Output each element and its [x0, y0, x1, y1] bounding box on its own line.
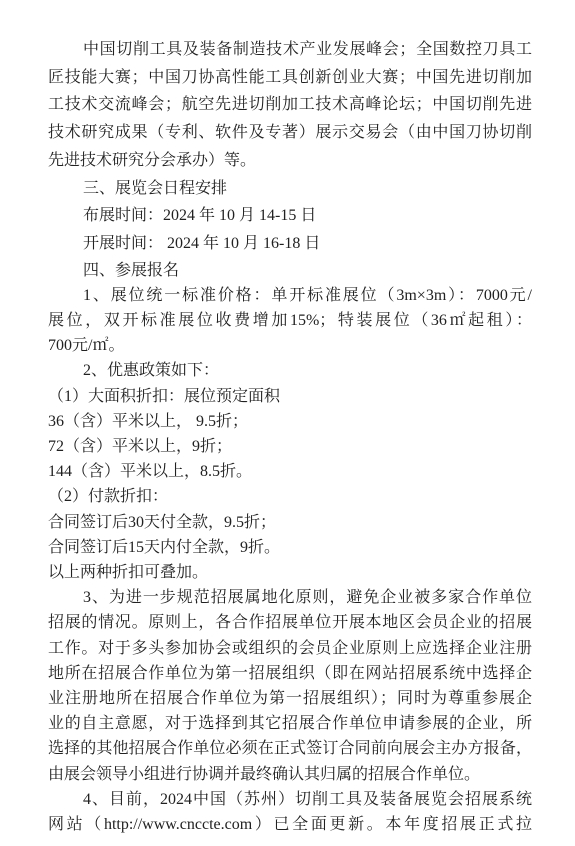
document-page: 中国切削工具及装备制造技术产业发展峰会；全国数控刀具工匠技能大赛；中国刀协高性能… [0, 0, 575, 846]
text-line: 以上两种折扣可叠加。 [48, 560, 532, 585]
text-line: 招展的情况。原则上，各合作招展单位开展本地区会员企业的招展 [48, 610, 532, 635]
text-line: 地所在招展合作单位为第一招展组织（即在网站招展系统中选择企 [48, 661, 532, 686]
text-line: 144（含）平米以上，8.5折。 [48, 459, 532, 484]
text-line: 开展时间： 2024 年 10 月 16-18 日 [48, 230, 532, 258]
text-line: 先进技术研究分会承办）等。 [48, 147, 532, 175]
text-line: 网站（http://www.cnccte.com）已全面更新。本年度招展正式拉 [48, 812, 532, 837]
text-line: 合同签订后30天付全款，9.5折； [48, 510, 532, 535]
text-line: 业注册地所在招展合作单位为第一招展组织）；同时为尊重参展企 [48, 686, 532, 711]
text-line: 1、展位统一标准价格：单开标准展位（3m×3m）：7000元/ [48, 283, 532, 308]
text-line: 展位，双开标准展位收费增加15%；特装展位（36㎡起租）： [48, 308, 532, 333]
text-line: 700元/㎡。 [48, 333, 532, 358]
text-line: 技术研究成果（专利、软件及专著）展示交易会（由中国刀协切削 [48, 119, 532, 147]
text-line: 72（含）平米以上，9折； [48, 434, 532, 459]
document-body: 中国切削工具及装备制造技术产业发展峰会；全国数控刀具工匠技能大赛；中国刀协高性能… [48, 36, 532, 837]
text-line: 匠技能大赛；中国刀协高性能工具创新创业大赛；中国先进切削加 [48, 64, 532, 92]
text-line: 3、为进一步规范招展属地化原则，避免企业被多家合作单位 [48, 585, 532, 610]
text-line: 布展时间：2024 年 10 月 14-15 日 [48, 202, 532, 230]
text-line: 36（含）平米以上， 9.5折； [48, 409, 532, 434]
text-line: 2、优惠政策如下： [48, 358, 532, 383]
text-line: 中国切削工具及装备制造技术产业发展峰会；全国数控刀具工 [48, 36, 532, 64]
text-line: （1）大面积折扣：展位预定面积 [48, 384, 532, 409]
text-line: 三、展览会日程安排 [48, 175, 532, 203]
text-line: 合同签订后15天内付全款，9折。 [48, 535, 532, 560]
text-line: 由展会领导小组进行协调并最终确认其归属的招展合作单位。 [48, 762, 532, 787]
text-line: 工技术交流峰会；航空先进切削加工技术高峰论坛；中国切削先进 [48, 91, 532, 119]
text-line: 工作。对于多头参加协会或组织的会员企业原则上应选择企业注册 [48, 636, 532, 661]
text-line: 四、参展报名 [48, 258, 532, 283]
text-line: 选择的其他招展合作单位必须在正式签订合同前向展会主办方报备， [48, 736, 532, 761]
text-line: 业的自主意愿，对于选择到其它招展合作单位申请参展的企业，所 [48, 711, 532, 736]
text-line: 4、目前，2024中国（苏州）切削工具及装备展览会招展系统 [48, 787, 532, 812]
text-line: （2）付款折扣： [48, 484, 532, 509]
